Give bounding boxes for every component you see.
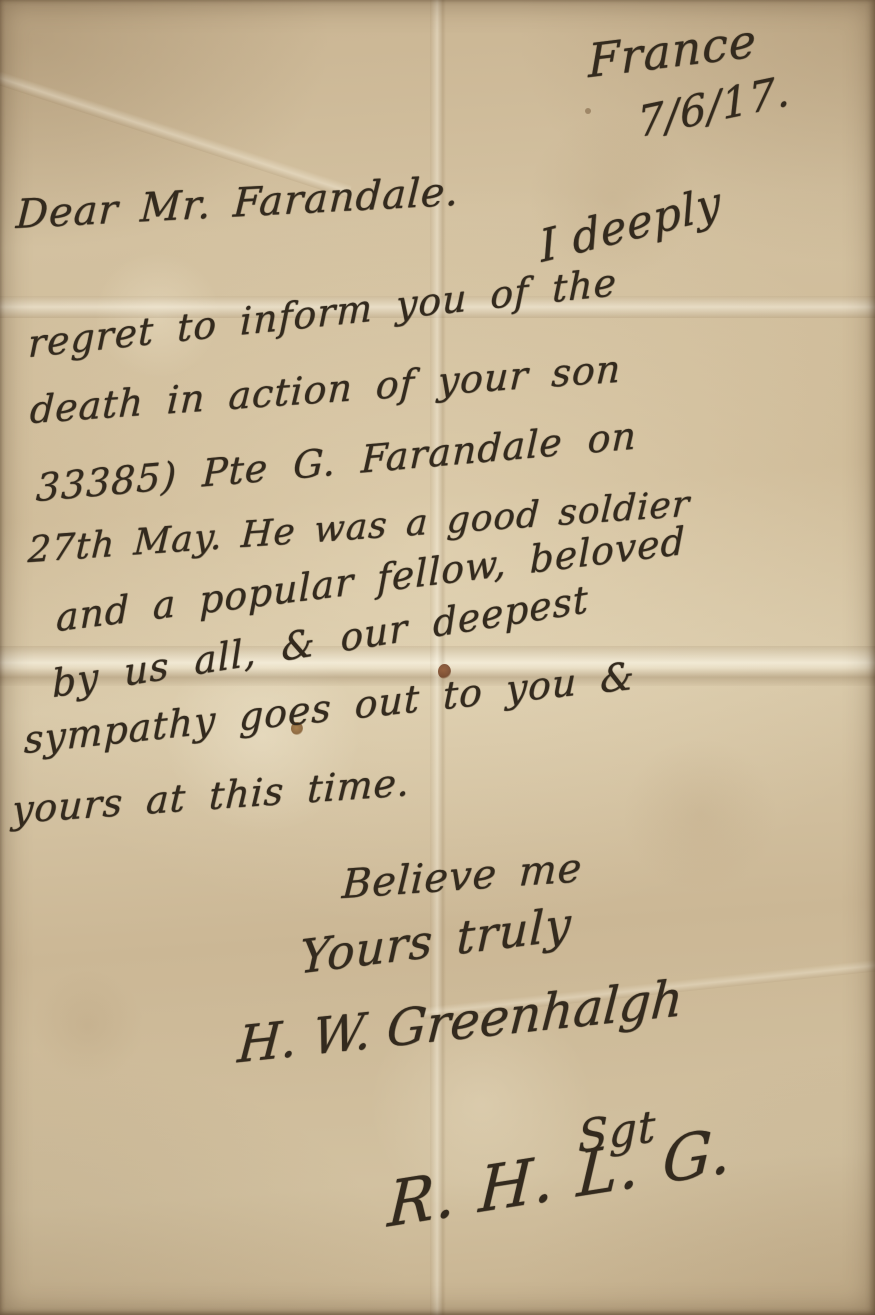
closing-yours: Yours truly xyxy=(299,896,573,984)
signature: H. W. Greenhalgh xyxy=(236,969,685,1075)
body-line: yours at this time. xyxy=(11,760,411,832)
body-line: regret to inform you of the xyxy=(28,260,618,366)
signature-initials: R. H. L. G. xyxy=(386,1113,735,1242)
body-line: death in action of your son xyxy=(29,347,623,433)
letter-photo: France 7/6/17. Dear Mr. Farandale. I dee… xyxy=(0,0,875,1315)
salutation-continuation: I deeply xyxy=(537,177,724,273)
salutation: Dear Mr. Farandale. xyxy=(15,169,461,238)
ink-speck xyxy=(585,108,591,114)
